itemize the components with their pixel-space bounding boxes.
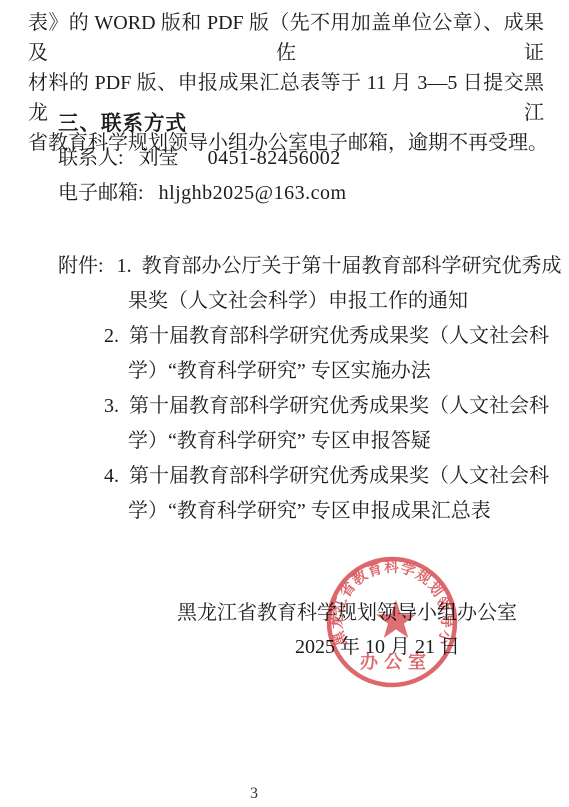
attachment-text: 第十届教育部科学研究优秀成果奖（人文社会科	[129, 465, 549, 487]
paragraph-line: 表》的 WORD 版和 PDF 版（先不用加盖单位公章）、成果及佐证	[28, 8, 544, 68]
contact-person-label: 联系人:	[58, 147, 124, 169]
signature-organization: 黑龙江省教育科学规划领导小组办公室	[177, 596, 517, 625]
page-number: 3	[0, 785, 508, 803]
attachment-number: 4.	[104, 465, 119, 487]
signature-date: 2025 年 10 月 21 日	[295, 630, 460, 659]
attachment-number: 1.	[117, 255, 132, 277]
contact-email-address: hljghb2025@163.com	[159, 182, 347, 204]
attachment-item-3-line-2: 学）“教育科学研究” 专区申报答疑	[128, 424, 431, 453]
attachment-item-2-line-1: 2. 第十届教育部科学研究优秀成果奖（人文社会科	[104, 319, 549, 348]
attachments-label: 附件:	[58, 255, 104, 277]
attachment-text: 学）“教育科学研究” 专区申报答疑	[128, 430, 431, 452]
attachment-number: 3.	[104, 395, 119, 417]
attachment-item-1-line-1: 附件: 1. 教育部办公厅关于第十届教育部科学研究优秀成	[58, 249, 562, 278]
attachment-number: 2.	[104, 325, 119, 347]
contact-person-name: 刘莹	[139, 147, 179, 169]
attachment-item-4-line-1: 4. 第十届教育部科学研究优秀成果奖（人文社会科	[104, 459, 549, 488]
contact-phone: 0451-82456002	[208, 147, 341, 169]
contact-email-line: 电子邮箱: hljghb2025@163.com	[58, 176, 347, 205]
attachment-text: 学）“教育科学研究” 专区申报成果汇总表	[128, 500, 491, 522]
contact-email-label: 电子邮箱:	[58, 182, 144, 204]
section-heading: 三、联系方式	[58, 106, 187, 136]
attachment-item-1-line-2: 果奖（人文社会科学）申报工作的通知	[128, 284, 468, 313]
attachment-item-2-line-2: 学）“教育科学研究” 专区实施办法	[128, 354, 431, 383]
attachment-text: 学）“教育科学研究” 专区实施办法	[128, 360, 431, 382]
attachment-item-3-line-1: 3. 第十届教育部科学研究优秀成果奖（人文社会科	[104, 389, 549, 418]
document-page: 表》的 WORD 版和 PDF 版（先不用加盖单位公章）、成果及佐证 材料的 P…	[0, 0, 569, 807]
attachment-text: 第十届教育部科学研究优秀成果奖（人文社会科	[129, 325, 549, 347]
attachment-text: 第十届教育部科学研究优秀成果奖（人文社会科	[129, 395, 549, 417]
attachment-item-4-line-2: 学）“教育科学研究” 专区申报成果汇总表	[128, 494, 491, 523]
attachment-text: 教育部办公厅关于第十届教育部科学研究优秀成	[142, 255, 562, 277]
attachment-text: 果奖（人文社会科学）申报工作的通知	[128, 290, 468, 312]
contact-person-line: 联系人: 刘莹 0451-82456002	[58, 141, 341, 170]
